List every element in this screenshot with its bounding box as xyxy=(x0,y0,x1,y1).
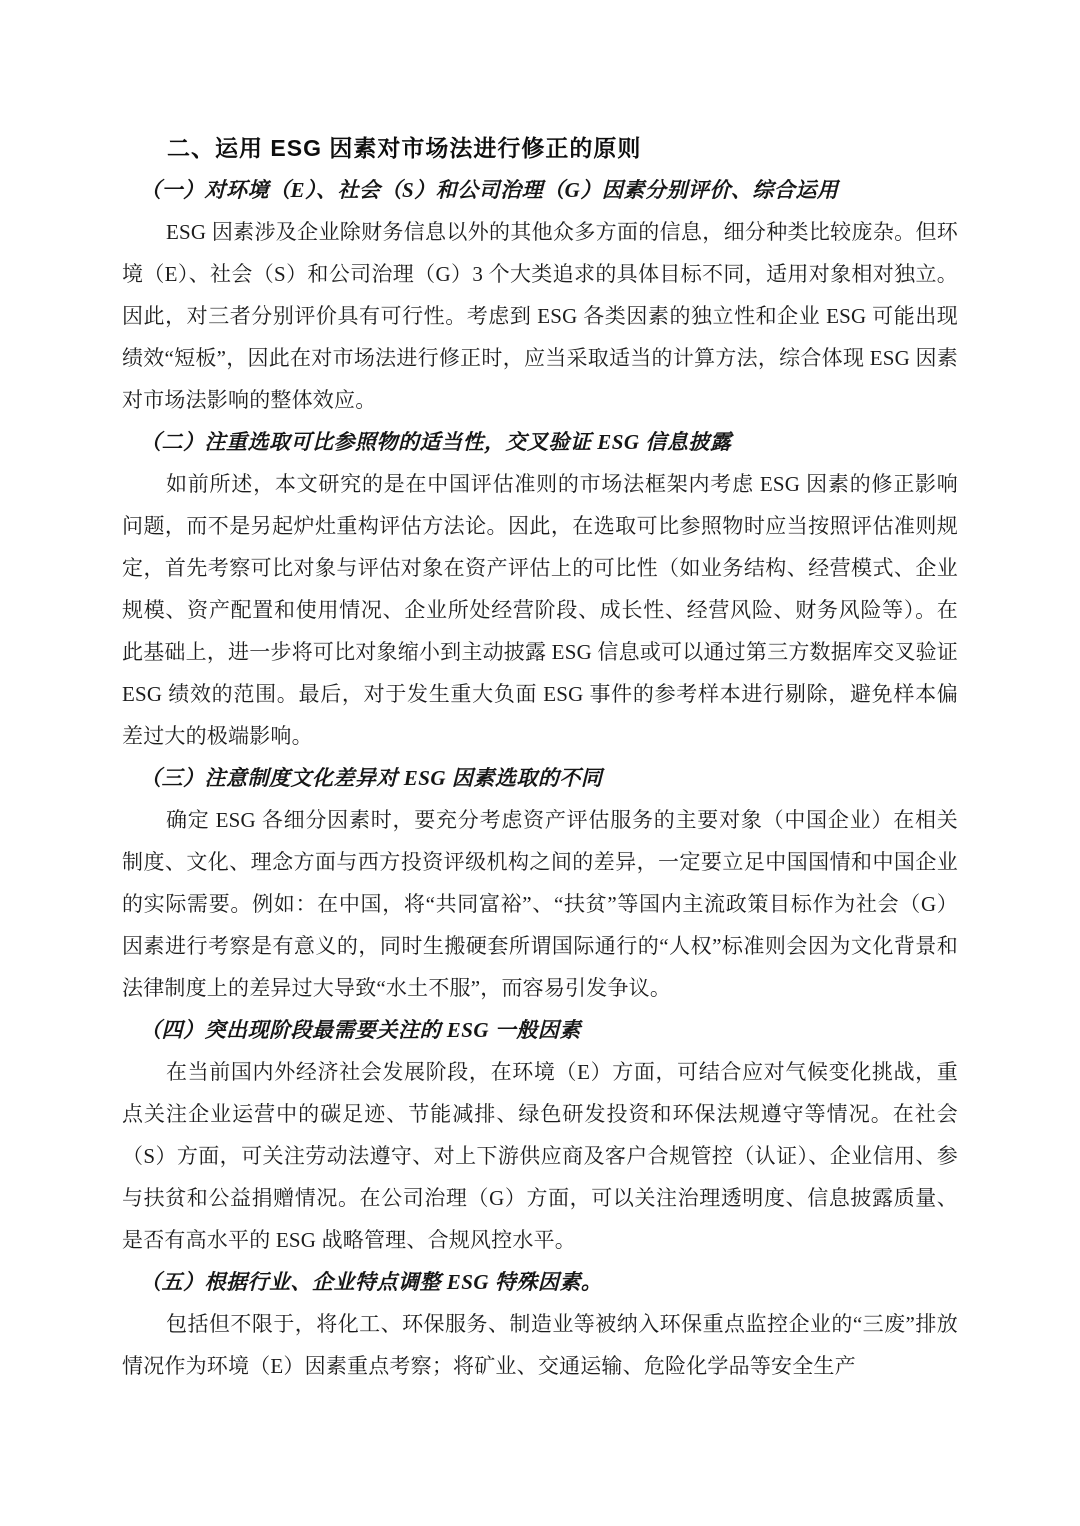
paragraph-3: 确定 ESG 各细分因素时，要充分考虑资产评估服务的主要对象（中国企业）在相关制… xyxy=(122,799,958,1009)
subheading-1: （一）对环境（E）、社会（S）和公司治理（G）因素分别评价、综合运用 xyxy=(122,169,958,211)
subheading-2: （二）注重选取可比参照物的适当性，交叉验证 ESG 信息披露 xyxy=(122,421,958,463)
paragraph-5: 包括但不限于，将化工、环保服务、制造业等被纳入环保重点监控企业的“三废”排放情况… xyxy=(122,1303,958,1387)
section-heading: 二、运用 ESG 因素对市场法进行修正的原则 xyxy=(122,127,958,169)
document-page: 二、运用 ESG 因素对市场法进行修正的原则 （一）对环境（E）、社会（S）和公… xyxy=(0,0,1080,1526)
subheading-5: （五）根据行业、企业特点调整 ESG 特殊因素。 xyxy=(122,1261,958,1303)
document-content: 二、运用 ESG 因素对市场法进行修正的原则 （一）对环境（E）、社会（S）和公… xyxy=(122,127,958,1387)
paragraph-4: 在当前国内外经济社会发展阶段，在环境（E）方面，可结合应对气候变化挑战，重点关注… xyxy=(122,1051,958,1261)
paragraph-1: ESG 因素涉及企业除财务信息以外的其他众多方面的信息，细分种类比较庞杂。但环境… xyxy=(122,211,958,421)
subheading-3: （三）注意制度文化差异对 ESG 因素选取的不同 xyxy=(122,757,958,799)
subheading-4: （四）突出现阶段最需要关注的 ESG 一般因素 xyxy=(122,1009,958,1051)
paragraph-2: 如前所述，本文研究的是在中国评估准则的市场法框架内考虑 ESG 因素的修正影响问… xyxy=(122,463,958,757)
